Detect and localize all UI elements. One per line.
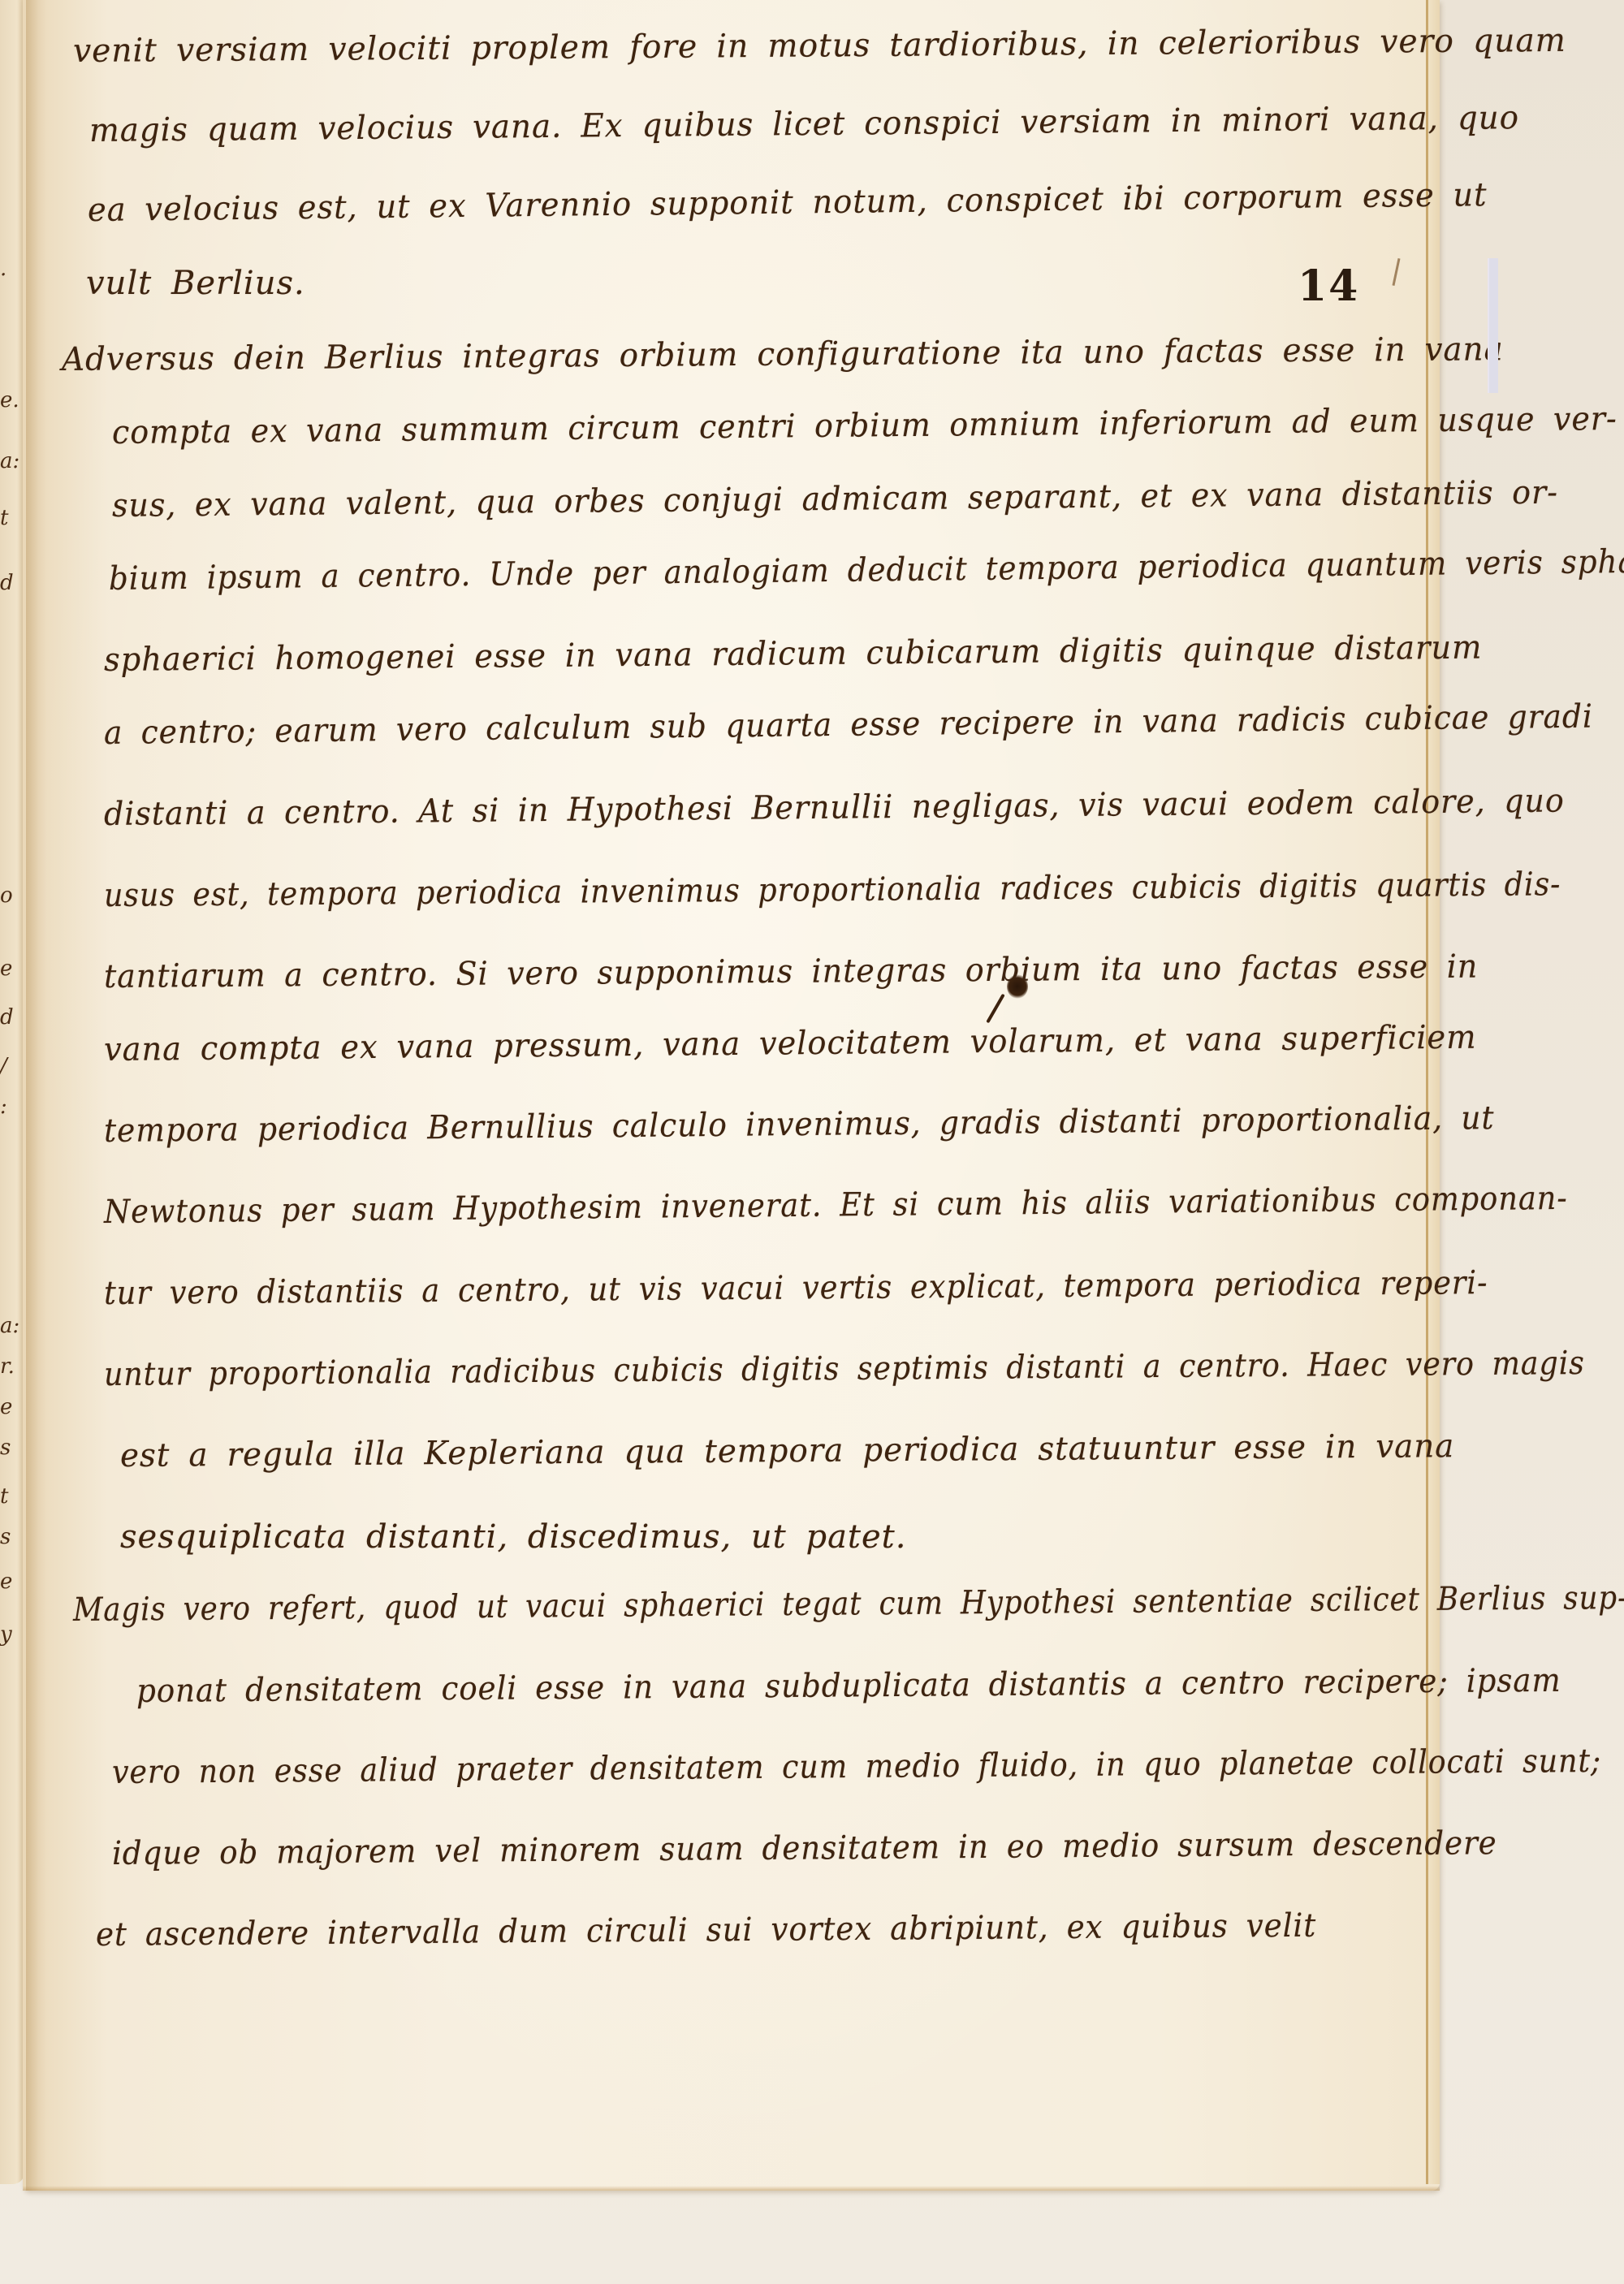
text-line: tur vero distantiis a centro, ut vis vac… — [104, 1264, 1488, 1312]
margin-fragment: a: — [0, 1315, 19, 1336]
text-line: a centro; earum vero calculum sub quarta… — [104, 698, 1593, 752]
margin-fragment: e. — [0, 390, 19, 411]
margin-fragment: e — [0, 1571, 12, 1592]
text-line: tempora periodica Bernullius calculo inv… — [104, 1099, 1495, 1150]
left-page-margin-fragments: . e. a: t d o e d / : a: r. e s t s e y — [0, 0, 24, 2184]
margin-fragment: e — [0, 1397, 12, 1418]
text-line: Magis vero refert, quod ut vacui sphaeri… — [73, 1579, 1624, 1629]
margin-fragment: y — [0, 1624, 12, 1645]
text-line: est a regula illa Kepleriana qua tempora… — [120, 1427, 1455, 1474]
text-line: sesquiplicata distanti, discedimus, ut p… — [120, 1518, 906, 1556]
page-marker-strip — [1488, 258, 1498, 393]
text-line: idque ob majorem vel minorem suam densit… — [112, 1824, 1497, 1872]
folio-number: 14 — [1298, 261, 1359, 311]
margin-fragment: : — [0, 1096, 7, 1117]
text-line: untur proportionalia radicibus cubicis d… — [104, 1345, 1585, 1393]
margin-fragment: d — [0, 1007, 14, 1028]
text-line: Newtonus per suam Hypothesim invenerat. … — [104, 1180, 1568, 1231]
manuscript-text: venit versiam velociti proplem fore in m… — [23, 0, 1440, 2191]
text-line: venit versiam velociti proplem fore in m… — [73, 22, 1566, 70]
text-line: ea velocius est, ut ex Varennio supponit… — [88, 176, 1488, 229]
text-line: usus est, tempora periodica invenimus pr… — [104, 866, 1561, 914]
margin-fragment: t — [0, 507, 8, 529]
manuscript-page: venit versiam velociti proplem fore in m… — [23, 0, 1440, 2191]
margin-fragment: s — [0, 1437, 11, 1458]
gutter-shadow — [26, 0, 47, 2191]
text-line: sus, ex vana valent, qua orbes conjugi a… — [112, 474, 1558, 525]
margin-fragment: r. — [0, 1356, 15, 1377]
ink-blot — [1007, 974, 1028, 999]
text-line: bium ipsum a centro. Unde per analogiam … — [109, 542, 1624, 598]
margin-fragment: t — [0, 1486, 8, 1507]
margin-fragment: / — [0, 1056, 7, 1077]
margin-fragment: e — [0, 958, 12, 979]
text-line: compta ex vana summum circum centri orbi… — [112, 400, 1618, 451]
text-line: vero non esse aliud praeter densitatem c… — [112, 1742, 1601, 1791]
text-line: ponat densitatem coeli esse in vana subd… — [136, 1662, 1561, 1710]
text-line: Adversus dein Berlius integras orbium co… — [62, 330, 1504, 378]
margin-fragment: o — [0, 885, 13, 906]
text-line: magis quam velocius vana. Ex quibus lice… — [89, 99, 1519, 149]
text-line: vult Berlius. — [86, 265, 305, 302]
text-line: distanti a centro. At si in Hypothesi Be… — [104, 782, 1565, 833]
margin-fragment: . — [0, 258, 6, 279]
margin-fragment: s — [0, 1526, 11, 1548]
text-line: sphaerici homogenei esse in vana radicum… — [104, 629, 1483, 679]
text-line: vana compta ex vana pressum, vana veloci… — [104, 1019, 1477, 1069]
margin-fragment: a: — [0, 451, 19, 472]
text-line: et ascendere intervalla dum circuli sui … — [96, 1907, 1316, 1954]
text-line: tantiarum a centro. Si vero supponimus i… — [104, 948, 1478, 995]
margin-fragment: d — [0, 572, 14, 594]
